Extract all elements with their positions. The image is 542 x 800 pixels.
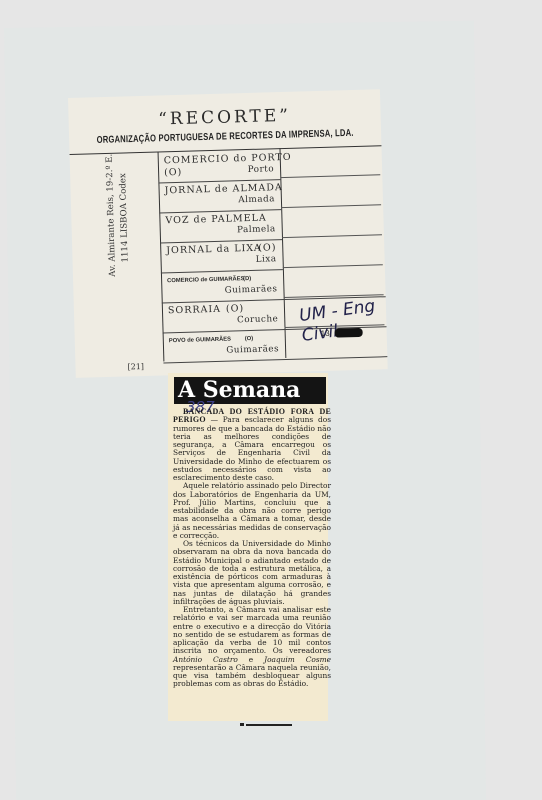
end-mark [246, 724, 292, 726]
publication-code: (O) [164, 167, 183, 179]
publication-city: Palmela [237, 224, 276, 235]
date-stamp: 13. [321, 328, 363, 339]
publication-entry: POVO de GUIMARÃES(O)Guimarães [163, 330, 286, 360]
agency-address: Av. Almirante Reis, 19-2.º E. 1114 LISBO… [104, 153, 133, 277]
paragraph-text: representarão a Câmara naquela reunião, … [173, 663, 331, 689]
divider [281, 204, 381, 208]
divider [283, 264, 383, 268]
paragraph-text: Entretanto, a Câmara vai analisar este r… [173, 605, 331, 655]
redacted-mark [335, 328, 363, 338]
publication-code: (O) [258, 242, 277, 254]
divider [280, 174, 380, 178]
publication-city: Lixa [256, 254, 277, 265]
paragraph-text: — Para esclarecer alguns dos rumores de … [173, 415, 331, 482]
publication-city: Guimarães [226, 344, 279, 355]
divider [163, 356, 387, 363]
publication-code: (O) [226, 303, 245, 315]
publication-entry: SORRAIA(O)Coruche [162, 300, 285, 330]
publication-city: Almada [238, 194, 275, 205]
publication-city: Guimarães [225, 284, 278, 295]
publication-entry: VOZ de PALMELAPalmela [159, 210, 282, 240]
publication-code: (O) [245, 336, 254, 342]
publication-entry: COMERCIO do PORTO(O)Porto [158, 150, 281, 180]
date-stamp-value: 13. [321, 329, 332, 338]
box-number-value: 21 [131, 362, 141, 371]
publication-name: COMERCIO de GUIMARÃES [167, 276, 244, 284]
publication-code: (D) [243, 276, 251, 282]
divider [282, 234, 382, 238]
publication-entry: JORNAL de ALMADAAlmada [158, 180, 281, 210]
clipping-agency-stamp: “RECORTE” ORGANIZAÇÃO PORTUGUESA DE RECO… [68, 89, 388, 378]
article-body: BANCADA DO ESTÁDIO FORA DE PERIGO — Para… [173, 408, 331, 689]
handwritten-note: UM - Eng Civil [298, 295, 389, 346]
article-paragraph: Entretanto, a Câmara vai analisar este r… [173, 606, 331, 689]
box-number: [21] [127, 362, 144, 371]
publication-entry: COMERCIO de GUIMARÃES(D)Guimarães [161, 270, 284, 300]
article-paragraph: Aquele relatório assinado pelo Director … [173, 482, 331, 540]
article-paragraph: Os técnicos da Universidade do Minho obs… [173, 540, 331, 606]
publication-city: Porto [248, 164, 275, 175]
publication-city: Coruche [237, 314, 278, 325]
publication-entry: JORNAL da LIXA(O)Lixa [160, 240, 283, 270]
publication-name: SORRAIA [168, 304, 221, 316]
address-line: 1114 LISBOA Codex [117, 153, 133, 276]
publication-name: POVO de GUIMARÃES [169, 337, 231, 345]
article-paragraph: BANCADA DO ESTÁDIO FORA DE PERIGO — Para… [173, 408, 331, 482]
publication-name: JORNAL da LIXA [166, 243, 262, 257]
